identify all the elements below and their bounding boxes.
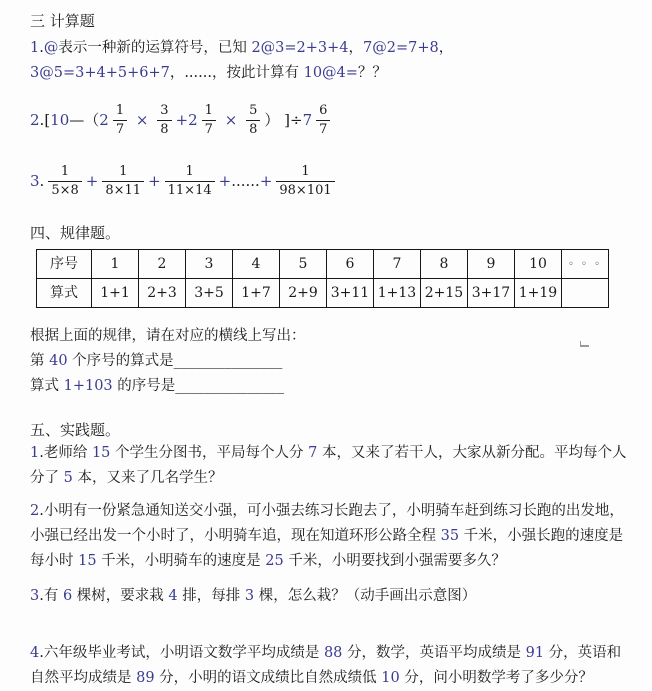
practice-problem-2: 2.小明有一份紧急通知送交小强，可小强去练习长跑去了，小明骑车赶到练习长跑的出发… (30, 499, 628, 574)
fraction-numerator: 1 (48, 164, 81, 181)
fraction: 111×14 (165, 164, 215, 198)
number-text: 7 (308, 445, 317, 461)
plain-text: 棵，怎么栽？（动手画出示意图） (254, 588, 476, 604)
plain-text: 棵树，要求栽 (72, 588, 168, 604)
practice-problem-3: 3.有 6 棵树，要求栽 4 排，每排 3 棵，怎么栽？（动手画出示意图） (30, 584, 628, 609)
fraction-denominator: 8×11 (102, 181, 144, 199)
table-cell: 3+17 (468, 279, 515, 308)
table-cell: 5 (280, 250, 327, 279)
math-text: ） ]÷7 (264, 108, 312, 133)
table-row: 序号12345678910◦ ◦ ◦ (37, 250, 609, 279)
number-text: + (219, 172, 232, 190)
math-text: 2.[10—（2 (30, 108, 109, 133)
fraction-denominator: 7 (202, 120, 216, 138)
fraction: 67 (316, 103, 330, 137)
plain-text (237, 111, 242, 129)
fraction: 198×101 (276, 164, 334, 198)
answer-blank-line-2: 算式 1+103 的序号是_______________ (30, 374, 628, 399)
plain-text: 的序号是_______________ (113, 378, 284, 394)
plain-text: .[ (40, 111, 51, 129)
number-text: 2 (30, 111, 40, 129)
plain-text: 个学生分图书，平局每个人分 (110, 445, 308, 461)
math-text: × (220, 108, 242, 133)
plain-text: 第 (30, 353, 49, 369)
table-cell: 9 (468, 250, 515, 279)
math-text: × (131, 108, 153, 133)
math-text: + (86, 169, 99, 194)
number-text: 10@4= (304, 65, 358, 81)
number-text: 6 (63, 588, 72, 604)
table-cell: 8 (421, 250, 468, 279)
calc-problem-3-expression: 3.15×8+18×11+111×14+......+198×101 (30, 158, 628, 204)
number-text: 5 (64, 470, 73, 486)
table-cell (562, 279, 609, 308)
number-text: 2 (99, 111, 109, 129)
plain-text: ） ]÷ (264, 111, 302, 129)
fraction-numerator: 5 (246, 103, 260, 120)
math-text: 3. (30, 169, 44, 194)
table-cell: 1 (92, 250, 139, 279)
fraction-numerator: 1 (165, 164, 215, 181)
fraction-denominator: 7 (316, 120, 330, 138)
table-cell: 3 (186, 250, 233, 279)
number-text: + (86, 172, 99, 190)
plain-text: 分，小明的语文成绩比自然成绩低 (155, 670, 382, 686)
plain-text: 千米，小明要找到小强需要多久？ (284, 553, 506, 569)
number-text: 3 (30, 588, 39, 604)
plain-text: 个序号的算式是_______________ (68, 353, 283, 369)
fraction: 58 (246, 103, 260, 137)
section-practice-heading: 五、实践题。 (30, 419, 628, 441)
table-cell: 4 (233, 250, 280, 279)
number-text: × (136, 111, 149, 129)
practice-problem-4: 4.六年级毕业考试，小明语文数学平均成绩是 88 分，数学，英语平均成绩是 91… (30, 641, 628, 691)
number-text: 15 (92, 445, 110, 461)
row-header-cell: 序号 (37, 250, 92, 279)
table-cell: 3+5 (186, 279, 233, 308)
section-pattern-heading: 四、规律题。 (30, 222, 628, 245)
plain-text: .有 (39, 588, 63, 604)
number-text: 4 (168, 588, 177, 604)
number-text: 10 (381, 670, 399, 686)
table-cell: 2+3 (139, 279, 186, 308)
number-text: 25 (265, 553, 283, 569)
number-text: +2 (176, 111, 198, 129)
number-text: 1 (30, 445, 39, 461)
plain-text: ，......，按此计算有 (170, 65, 304, 81)
table-cell: 1+7 (233, 279, 280, 308)
number-text: 10 (50, 111, 69, 129)
fraction: 18×11 (102, 164, 144, 198)
math-text: +2 (176, 108, 198, 133)
fraction-denominator: 98×101 (276, 181, 334, 199)
table-cell: 7 (374, 250, 421, 279)
plain-text: —（ (69, 111, 99, 129)
plain-text: .六年级毕业考试，小明语文数学平均成绩是 (39, 645, 324, 661)
plain-text: . (40, 172, 45, 190)
number-text: @ (44, 40, 59, 56)
plain-text: 表示一种新的运算符号，已知 (58, 40, 251, 56)
calc-problem-2-expression: 2.[10—（217 × 38+217 × 58） ]÷767 (30, 98, 628, 142)
plain-text: ？？ (358, 65, 387, 81)
math-text: + (148, 169, 161, 194)
pattern-note: 根据上面的规律，请在对应的横线上写出： (30, 324, 628, 349)
plain-text: ， (439, 40, 454, 56)
number-text: 40 (49, 353, 67, 369)
number-text: 7@2=7+8 (363, 40, 439, 56)
plain-text: 本，又来了几名学生？ (73, 470, 223, 486)
fraction-denominator: 5×8 (48, 181, 81, 199)
plain-text: 算式 (30, 378, 64, 394)
fraction-numerator: 1 (202, 103, 216, 120)
fraction: 15×8 (48, 164, 81, 198)
plain-text: .老师给 (39, 445, 92, 461)
worksheet-page: 三 计算题 1.@表示一种新的运算符号，已知 2@3=2+3+4，7@2=7+8… (0, 0, 652, 691)
fraction-denominator: 11×14 (165, 181, 215, 199)
fraction-numerator: 6 (316, 103, 330, 120)
table-cell: 2 (139, 250, 186, 279)
pattern-table: 序号12345678910◦ ◦ ◦算式1+12+33+51+72+93+111… (36, 249, 609, 308)
number-text: 2 (30, 503, 39, 519)
plain-text: ， (349, 40, 364, 56)
fraction-denominator: 8 (157, 120, 171, 138)
table-row: 算式1+12+33+51+72+93+111+132+153+171+19 (37, 279, 609, 308)
math-text: +......+ (219, 169, 273, 194)
section-calc-heading: 三 计算题 (30, 10, 628, 33)
number-text: 91 (526, 645, 544, 661)
fraction: 17 (202, 103, 216, 137)
plain-text (148, 111, 153, 129)
number-text: 88 (324, 645, 342, 661)
fraction-numerator: 1 (113, 103, 127, 120)
stray-mark (580, 341, 589, 347)
number-text: 1 (30, 40, 39, 56)
fraction: 38 (157, 103, 171, 137)
fraction-denominator: 8 (246, 120, 260, 138)
number-text: 3 (245, 588, 254, 604)
pattern-table-body: 序号12345678910◦ ◦ ◦算式1+12+33+51+72+93+111… (37, 250, 609, 308)
calc-problem-1: 1.@表示一种新的运算符号，已知 2@3=2+3+4，7@2=7+8，3@5=3… (30, 36, 628, 86)
fraction-numerator: 3 (157, 103, 171, 120)
number-text: 3@5=3+4+5+6+7 (30, 65, 170, 81)
number-text: 4 (30, 645, 39, 661)
number-text: × (225, 111, 238, 129)
table-cell: 1+13 (374, 279, 421, 308)
row-header-cell: 算式 (37, 279, 92, 308)
plain-text: 千米，小明骑车的速度是 (97, 553, 266, 569)
fraction-numerator: 1 (102, 164, 144, 181)
number-text: 35 (441, 528, 459, 544)
table-cell: 1+19 (515, 279, 562, 308)
practice-problem-1: 1.老师给 15 个学生分图书，平局每个人分 7 本，又来了若干人，大家从新分配… (30, 441, 628, 491)
plain-text: 分，数学，英语平均成绩是 (342, 645, 525, 661)
answer-blank-line-1: 第 40 个序号的算式是_______________ (30, 349, 628, 374)
fraction-numerator: 1 (276, 164, 334, 181)
table-cell: 1+1 (92, 279, 139, 308)
plain-text: 排，每排 (178, 588, 245, 604)
plain-text: ...... (231, 172, 260, 190)
number-text: 89 (136, 670, 154, 686)
number-text: 2@3=2+3+4 (251, 40, 348, 56)
table-cell: 2+9 (280, 279, 327, 308)
plain-text: 分，问小明数学考了多少分？ (400, 670, 593, 686)
number-text: 3 (30, 172, 40, 190)
number-text: 1+103 (64, 378, 113, 394)
table-cell: 2+15 (421, 279, 468, 308)
fraction-denominator: 7 (113, 120, 127, 138)
table-cell: 3+11 (327, 279, 374, 308)
number-text: + (148, 172, 161, 190)
number-text: 15 (78, 553, 96, 569)
table-cell: 10 (515, 250, 562, 279)
table-cell: 6 (327, 250, 374, 279)
table-cell: ◦ ◦ ◦ (562, 250, 609, 279)
number-text: + (260, 172, 273, 190)
number-text: 7 (303, 111, 313, 129)
fraction: 17 (113, 103, 127, 137)
